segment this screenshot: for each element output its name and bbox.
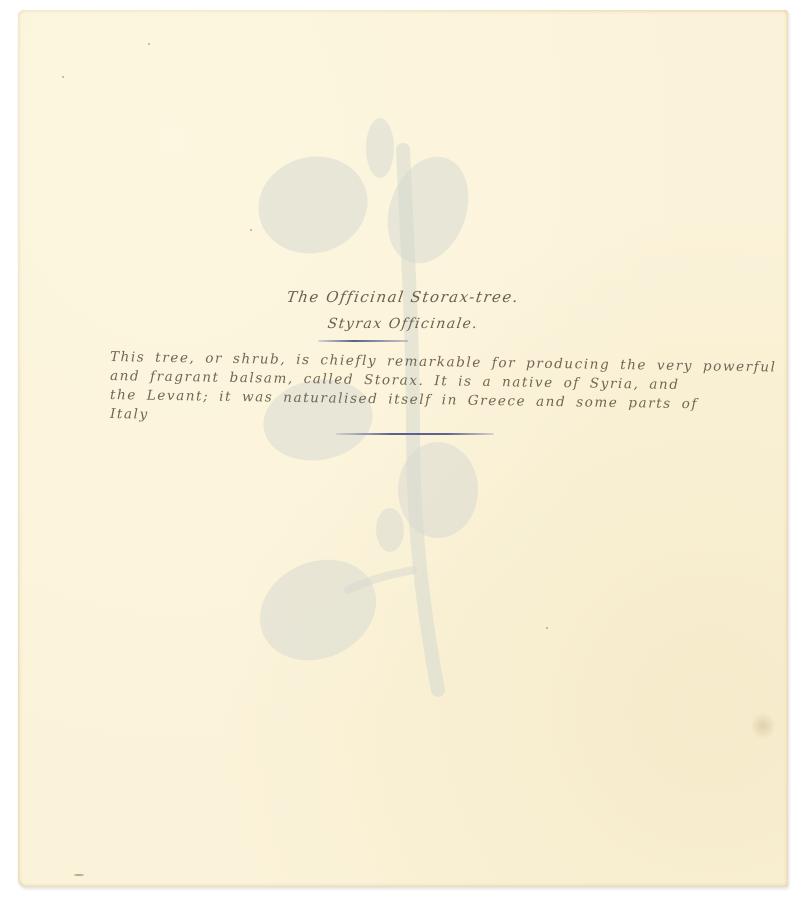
plant-show-through-illustration	[18, 10, 788, 887]
paper-speck	[546, 627, 548, 629]
subtitle-underline	[318, 340, 408, 342]
description-paragraph: This tree, or shrub, is chiefly remarkab…	[110, 348, 730, 424]
paper-speck	[62, 76, 64, 78]
botanical-name: Styrax Officinale.	[18, 316, 788, 332]
paper-speck	[250, 229, 252, 231]
closing-flourish-line	[336, 433, 494, 435]
paper-stain	[752, 710, 774, 742]
page-title: The Officinal Storax-tree.	[18, 288, 788, 306]
paper-speck	[148, 43, 150, 45]
manuscript-page: The Officinal Storax-tree. Styrax Offici…	[18, 10, 788, 887]
paper-speck	[74, 874, 84, 876]
